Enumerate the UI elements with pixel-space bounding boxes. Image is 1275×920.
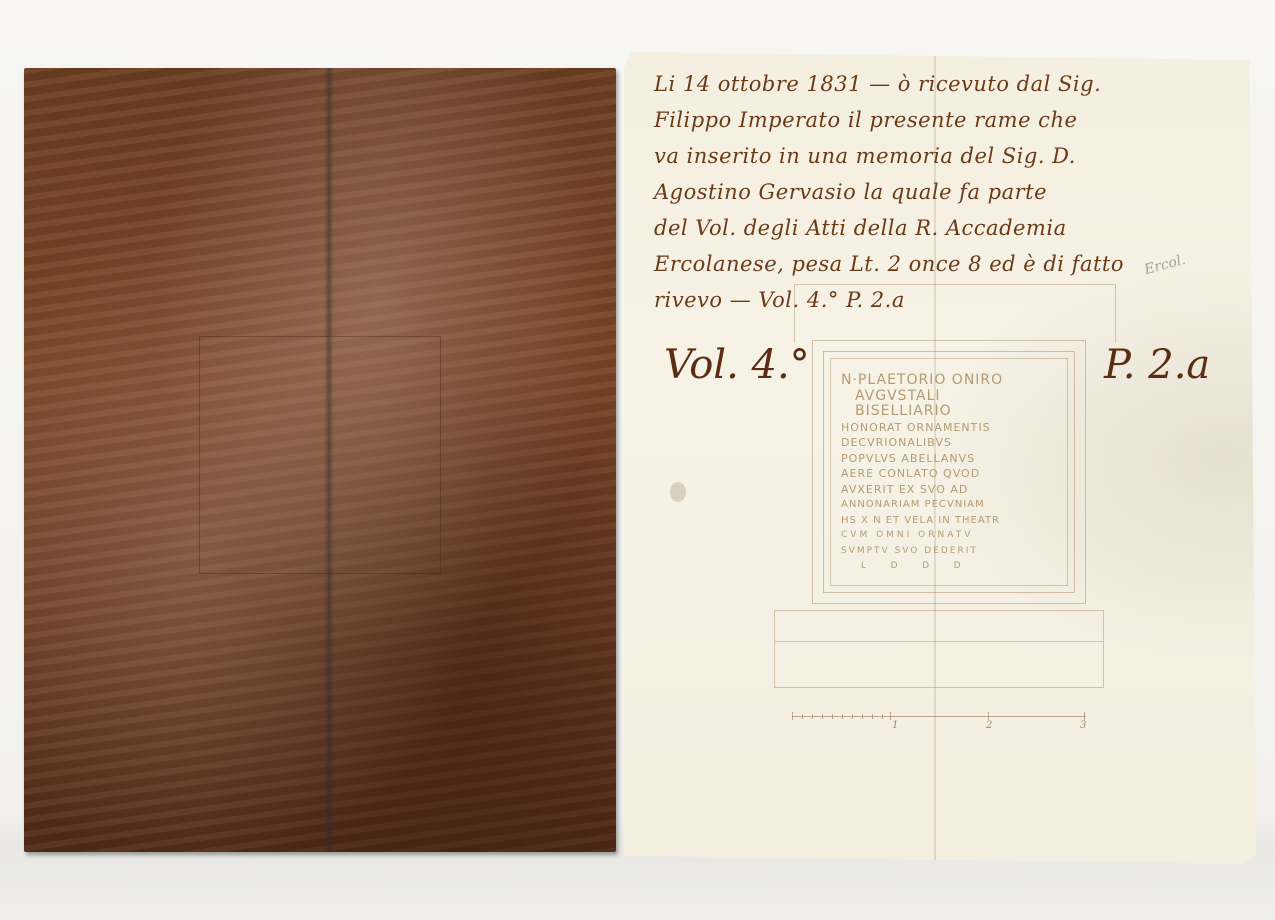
note-line: Li 14 ottobre 1831 — ò ricevuto dal Sig. xyxy=(654,66,1254,102)
scale-label: 1 xyxy=(892,720,898,731)
note-line: Agostino Gervasio la quale fa parte xyxy=(654,174,1254,210)
note-line: va inserito in una memoria del Sig. D. xyxy=(654,138,1254,174)
handwritten-note: Li 14 ottobre 1831 — ò ricevuto dal Sig.… xyxy=(654,66,1254,318)
scale-label: 3 xyxy=(1080,720,1086,731)
inscription-line: CVM OMNI ORNATV xyxy=(841,528,1059,544)
inscription-line: HONORAT ORNAMENTIS xyxy=(841,420,1059,436)
note-line: rivevo — Vol. 4.° P. 2.a xyxy=(654,282,1254,318)
wooden-board xyxy=(24,68,616,852)
manuscript-sheet: N·PLAETORIO ONIRO AVGVSTALI BISELLIARIO … xyxy=(624,52,1256,864)
drawing-scale-bar: 1 2 3 xyxy=(792,708,1086,728)
inscription-panel: N·PLAETORIO ONIRO AVGVSTALI BISELLIARIO … xyxy=(830,358,1068,586)
inscription-line: AVGVSTALI xyxy=(841,389,1059,405)
inscription-line: ANNONARIAM PECVNIAM xyxy=(841,497,1059,513)
inscription-line: DECVRIONALIBVS xyxy=(841,435,1059,451)
inscription-line: L D D D xyxy=(841,559,1059,575)
inscription-line: AVXERIT EX SVO AD xyxy=(841,482,1059,498)
inscription-line: N·PLAETORIO ONIRO xyxy=(841,373,1059,389)
board-faint-frame xyxy=(199,336,441,574)
inscription-line: SVMPTV SVO DEDERIT xyxy=(841,544,1059,560)
pedestal-die: N·PLAETORIO ONIRO AVGVSTALI BISELLIARIO … xyxy=(812,340,1086,604)
inscription-line: POPVLVS ABELLANVS xyxy=(841,451,1059,467)
inscription-line: BISELLIARIO xyxy=(841,404,1059,420)
inscription-line: AERE CONLATO QVOD xyxy=(841,466,1059,482)
note-line: del Vol. degli Atti della R. Accademia xyxy=(654,210,1254,246)
part-mark: P. 2.a xyxy=(1104,342,1210,388)
pedestal-base xyxy=(774,610,1104,688)
inscription-line: HS X N ET VELA IN THEATR xyxy=(841,513,1059,529)
scale-label: 2 xyxy=(986,720,992,731)
note-line: Filippo Imperato il presente rame che xyxy=(654,102,1254,138)
ink-stain xyxy=(670,482,686,502)
volume-mark: Vol. 4.° xyxy=(664,342,810,388)
